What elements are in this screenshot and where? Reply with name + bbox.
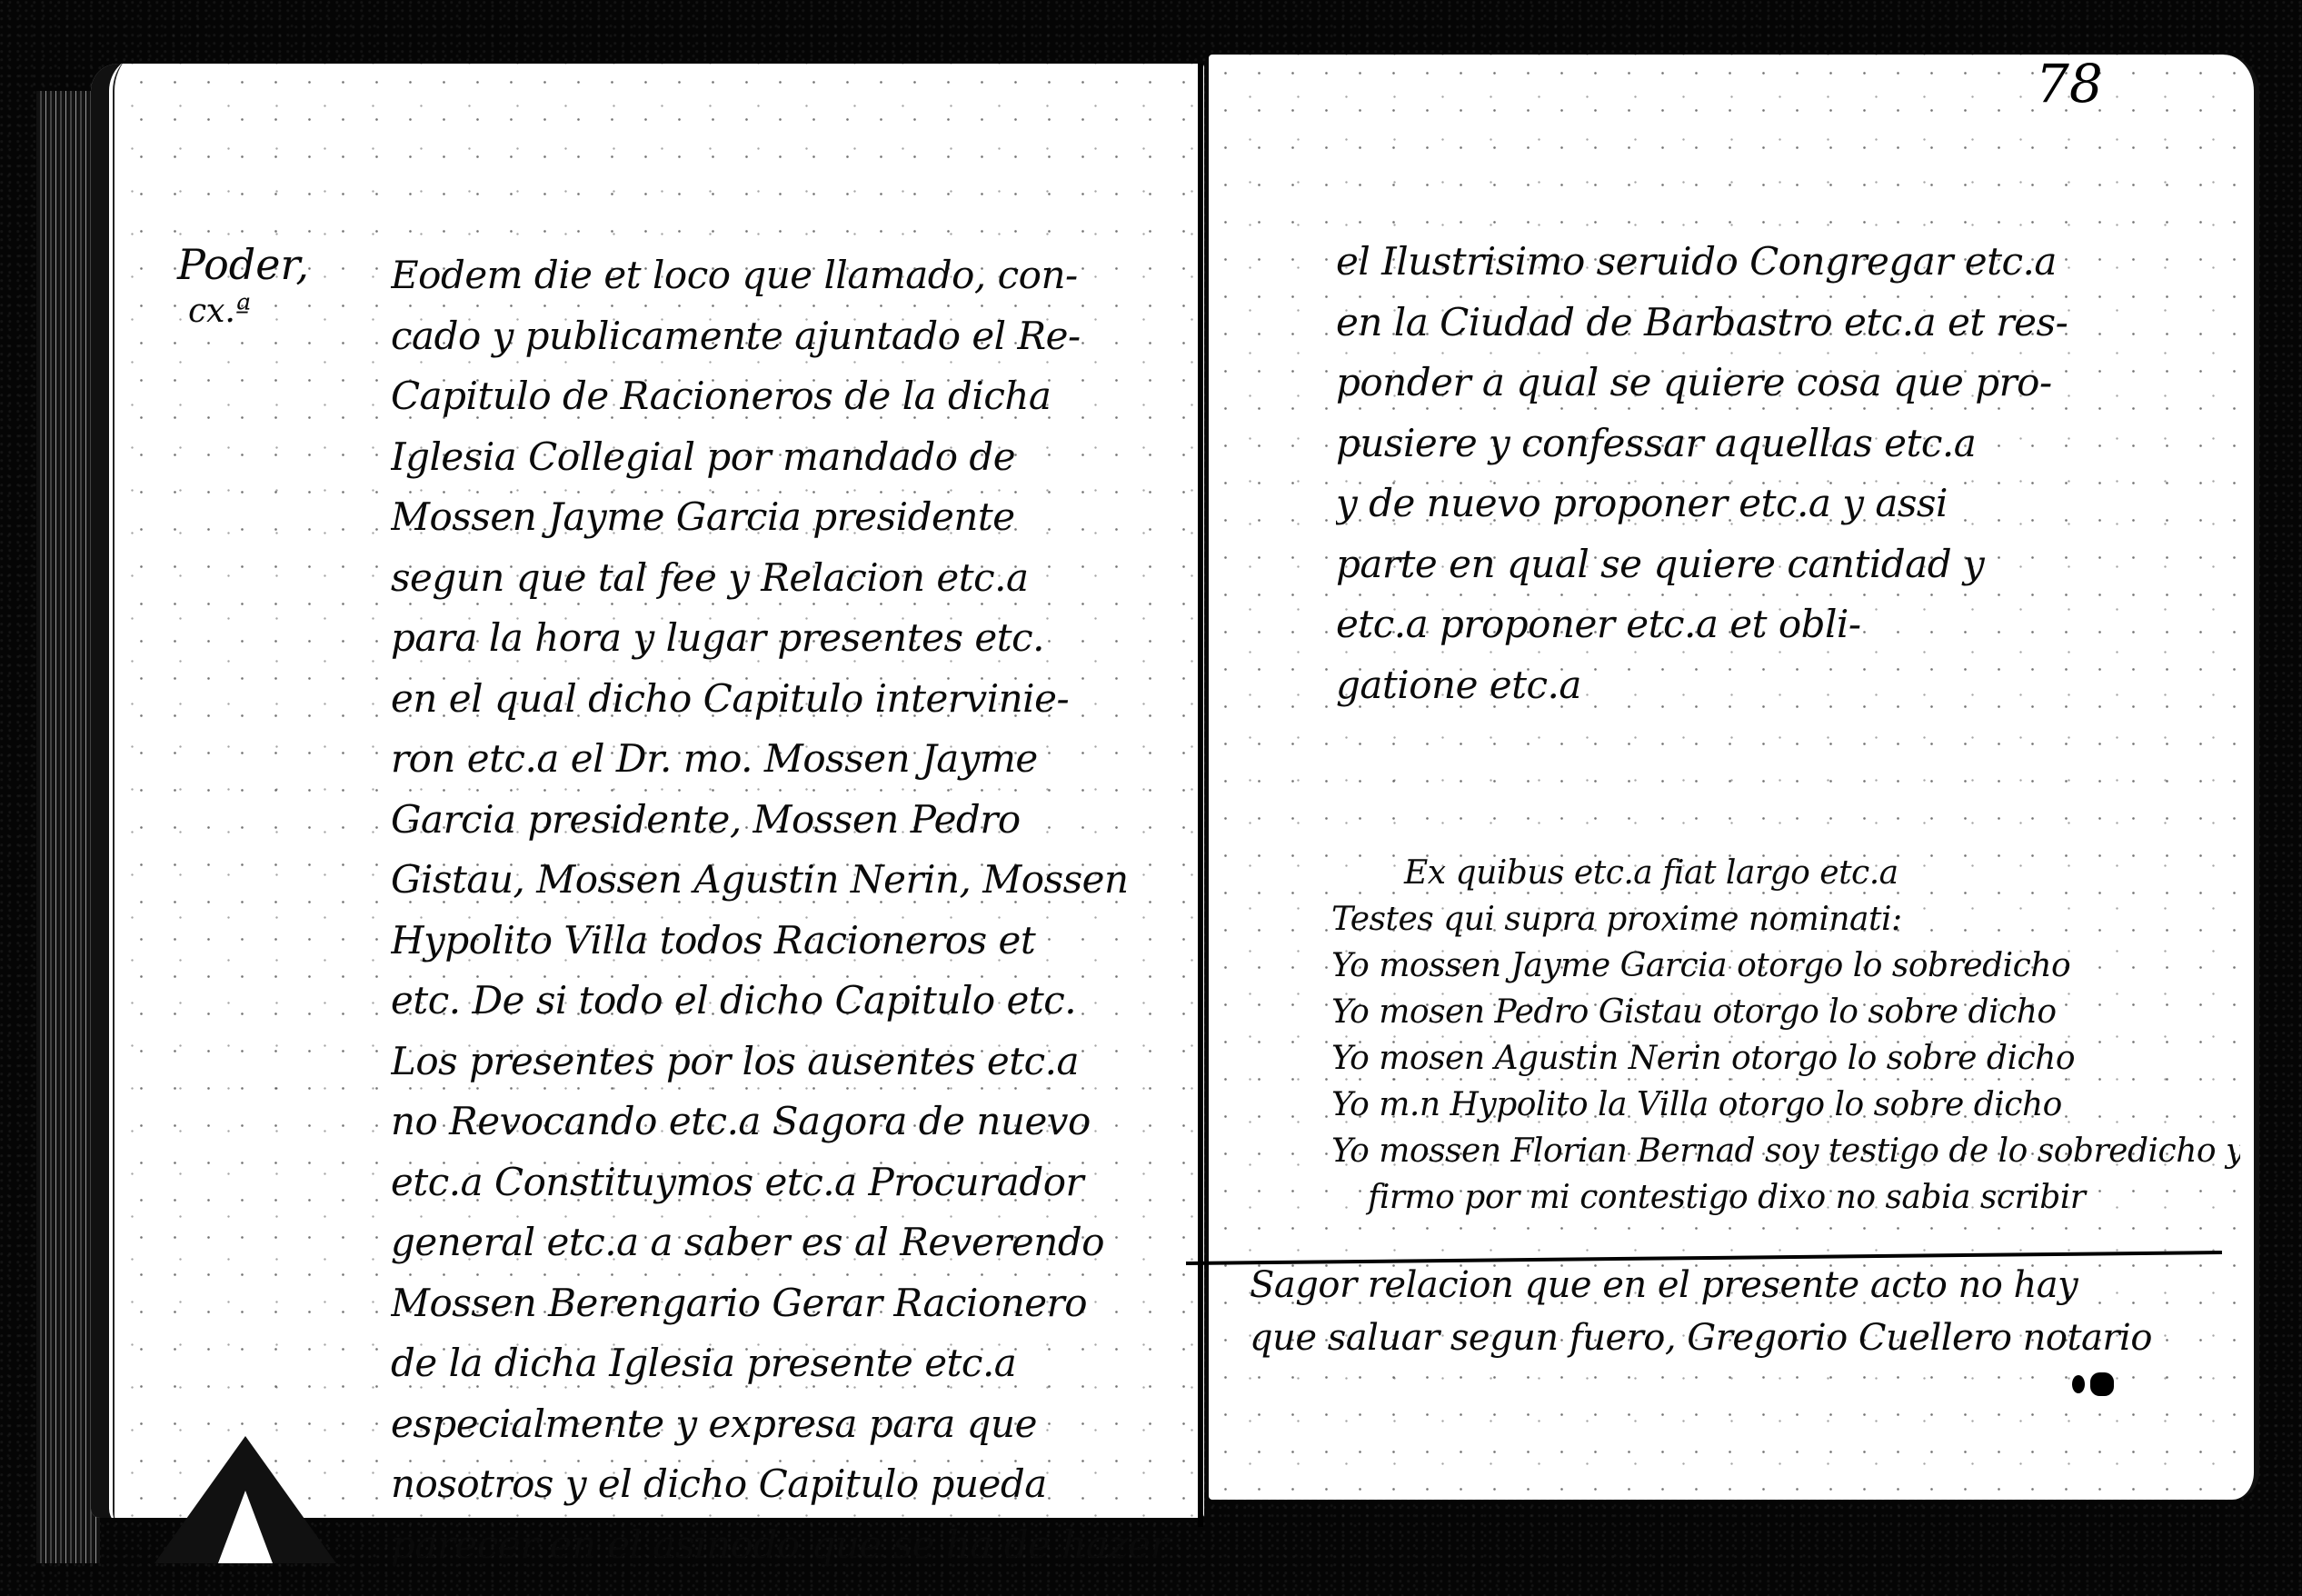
ink-blot: [2090, 1372, 2114, 1396]
text-line: que saluar segun fuero, Gregorio Cueller…: [1250, 1312, 2267, 1364]
right-page-top-text: el Ilustrisimo seruido Congregar etc.a e…: [1336, 232, 2227, 715]
text-line: etc.a Constituymos etc.a Procurador: [391, 1152, 1191, 1213]
text-line: etc. De si todo el dicho Capitulo etc.: [391, 971, 1191, 1032]
text-line: parte en qual se quiere cantidad y: [1336, 534, 2227, 595]
text-line: cado y publicamente ajuntado el Re-: [391, 306, 1191, 367]
folio-number: 78: [2036, 53, 2103, 115]
signature-line: Yo m.n Hypolito la Villa otorgo lo sobre…: [1331, 1082, 2240, 1128]
text-line: Testes qui supra proxime nominati:: [1331, 896, 2240, 943]
signature-line: Yo mosen Agustin Nerin otorgo lo sobre d…: [1331, 1035, 2240, 1082]
text-line: pusiere y confessar aquellas etc.a: [1336, 414, 2227, 474]
text-line: etc.a proponer etc.a et obli-: [1336, 594, 2227, 655]
text-line: y de nuevo proponer etc.a y assi: [1336, 474, 2227, 534]
margin-note: Poder, cx.ª: [177, 241, 309, 335]
text-line: no Revocando etc.a Sagora de nuevo: [391, 1092, 1191, 1152]
ink-blot: [2072, 1375, 2085, 1393]
margin-note-line: Poder,: [177, 241, 309, 288]
signature-line: Yo mossen Florian Bernad soy testigo de …: [1331, 1128, 2240, 1174]
text-line: Capitulo de Racioneros de la dicha: [391, 366, 1191, 427]
text-line: Iglesia Collegial por mandado de: [391, 427, 1191, 488]
text-line: Gistau, Mossen Agustin Nerin, Mossen: [391, 850, 1191, 911]
left-page-text: Eodem die et loco que llamado, con- cado…: [391, 245, 1191, 1575]
text-line: Sagor relacion que en el presente acto n…: [1250, 1259, 2267, 1312]
notary-attestation: Sagor relacion que en el presente acto n…: [1250, 1259, 2267, 1364]
text-line: ron etc.a el Dr. mo. Mossen Jayme: [391, 729, 1191, 790]
signature-line: Yo mosen Pedro Gistau otorgo lo sobre di…: [1331, 989, 2240, 1035]
text-line: en el qual dicho Capitulo intervinie-: [391, 669, 1191, 730]
right-page-signatures: Ex quibus etc.a fiat largo etc.a Testes …: [1331, 850, 2240, 1221]
margin-note-line: cx.ª: [177, 288, 309, 335]
text-line: nosotros y el dicho Capitulo pueda: [391, 1454, 1191, 1515]
text-line: Mossen Berengario Gerar Racionero: [391, 1273, 1191, 1334]
text-line: ponder a qual se quiere cosa que pro-: [1336, 353, 2227, 414]
signature-line: Yo mossen Jayme Garcia otorgo lo sobredi…: [1331, 943, 2240, 989]
text-line: Mossen Jayme Garcia presidente: [391, 487, 1191, 548]
binding-clip: [154, 1436, 336, 1563]
text-line: en la Ciudad de Barbastro etc.a et res-: [1336, 293, 2227, 354]
text-line: general etc.a a saber es al Reverendo: [391, 1212, 1191, 1273]
page-gutter: [1198, 64, 1203, 1527]
text-line: para la hora y lugar presentes etc.: [391, 608, 1191, 669]
text-line: parecer en el asinodo que se ha de hazer: [391, 1515, 1191, 1576]
text-line: Eodem die et loco que llamado, con-: [391, 245, 1191, 306]
text-line: el Ilustrisimo seruido Congregar etc.a: [1336, 232, 2227, 293]
text-line: segun que tal fee y Relacion etc.a: [391, 548, 1191, 609]
text-line: especialmente y expresa para que: [391, 1394, 1191, 1455]
text-line: de la dicha Iglesia presente etc.a: [391, 1333, 1191, 1394]
text-line: Garcia presidente, Mossen Pedro: [391, 790, 1191, 851]
text-line: Los presentes por los ausentes etc.a: [391, 1032, 1191, 1092]
signature-line: firmo por mi contestigo dixo no sabia sc…: [1331, 1174, 2240, 1221]
text-line: Hypolito Villa todos Racioneros et: [391, 911, 1191, 972]
text-line: gatione etc.a: [1336, 655, 2227, 716]
text-line: Ex quibus etc.a fiat largo etc.a: [1331, 850, 2240, 896]
